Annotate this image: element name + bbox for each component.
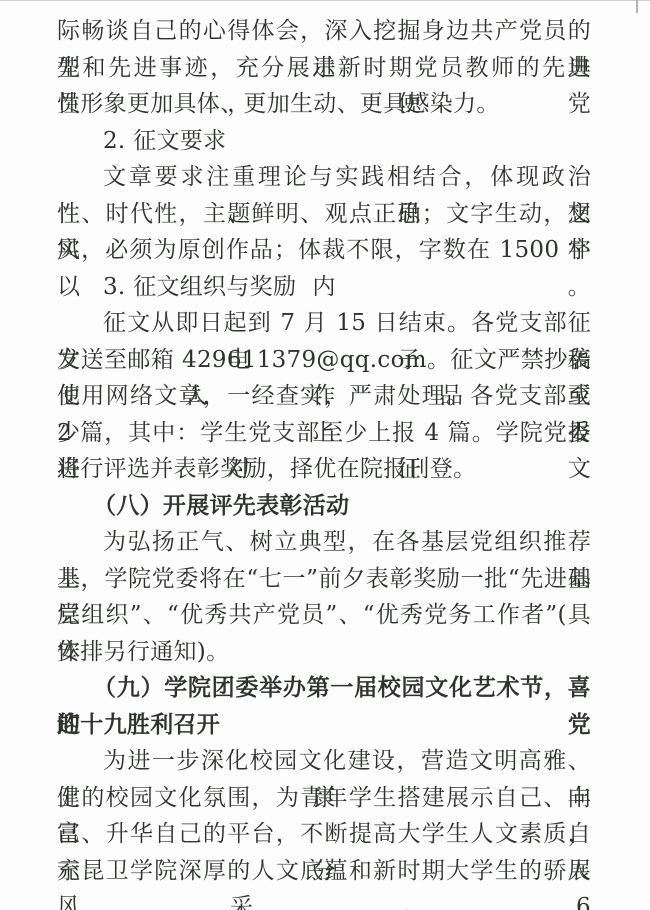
document-body: 际畅谈自己的心得体会，深入挖掘身边共产党员的先进典 型和先进事迹，充分展示新时期…: [57, 13, 591, 889]
text-line: 上，学院党委将在“七一”前夕表彰奖励一批“先进基层: [57, 561, 591, 598]
text-line: 党组织”、“优秀共产党员”、“优秀党务工作者”(具体: [57, 597, 591, 634]
text-line: 文章要求注重理论与实践相结合，体现政治性、思想: [57, 159, 591, 196]
text-line: 2 篇，其中：学生党支部至少上报 4 篇。学院党委将对征文: [57, 415, 591, 452]
text-line: 实，必须为原创作品；体裁不限，字数在 1500 字以内。: [57, 232, 591, 269]
text-line: 己、升华自己的平台，不断提高大学生人文素质，充分展: [57, 816, 591, 853]
text-line: 为进一步深化校园文化建设，营造文明高雅、健康向: [57, 743, 591, 780]
heading-line: （八）开展评先表彰活动: [57, 488, 591, 525]
text-line: 为弘扬正气、树立典型，在各基层党组织推荐基础: [57, 524, 591, 561]
scan-artifact-right-tick: [636, 0, 638, 13]
text-line: 示昆卫学院深厚的人文底蕴和新时期大学生的骄人风采。6: [57, 853, 591, 890]
heading-line: 2. 征文要求: [57, 123, 591, 160]
text-line: 际畅谈自己的心得体会，深入挖掘身边共产党员的先进典: [57, 13, 591, 50]
text-line: 安排另行通知)。: [57, 634, 591, 671]
text-line: 使用网络文章，一经查实，严肃处理。各党支部至少上报: [57, 378, 591, 415]
text-line: 发送至邮箱 429611379@qq.com。征文严禁抄袭他人作品或: [57, 342, 591, 379]
text-line: 性、时代性，主题鲜明、观点正确；文字生动，文风朴: [57, 196, 591, 233]
scan-artifact-top-edge: [0, 0, 650, 1]
text-line: 征文从即日起到 7 月 15 日结束。各党支部征文电子稿: [57, 305, 591, 342]
scanned-document-page: 际畅谈自己的心得体会，深入挖掘身边共产党员的先进典 型和先进事迹，充分展示新时期…: [0, 0, 650, 910]
text-line: 上的校园文化氛围，为青年学生搭建展示自己、丰富自: [57, 780, 591, 817]
text-line: 型和先进事迹，充分展示新时期党员教师的先进性，使党: [57, 50, 591, 87]
heading-line: （九）学院团委举办第一届校园文化艺术节，喜迎党: [57, 670, 591, 707]
